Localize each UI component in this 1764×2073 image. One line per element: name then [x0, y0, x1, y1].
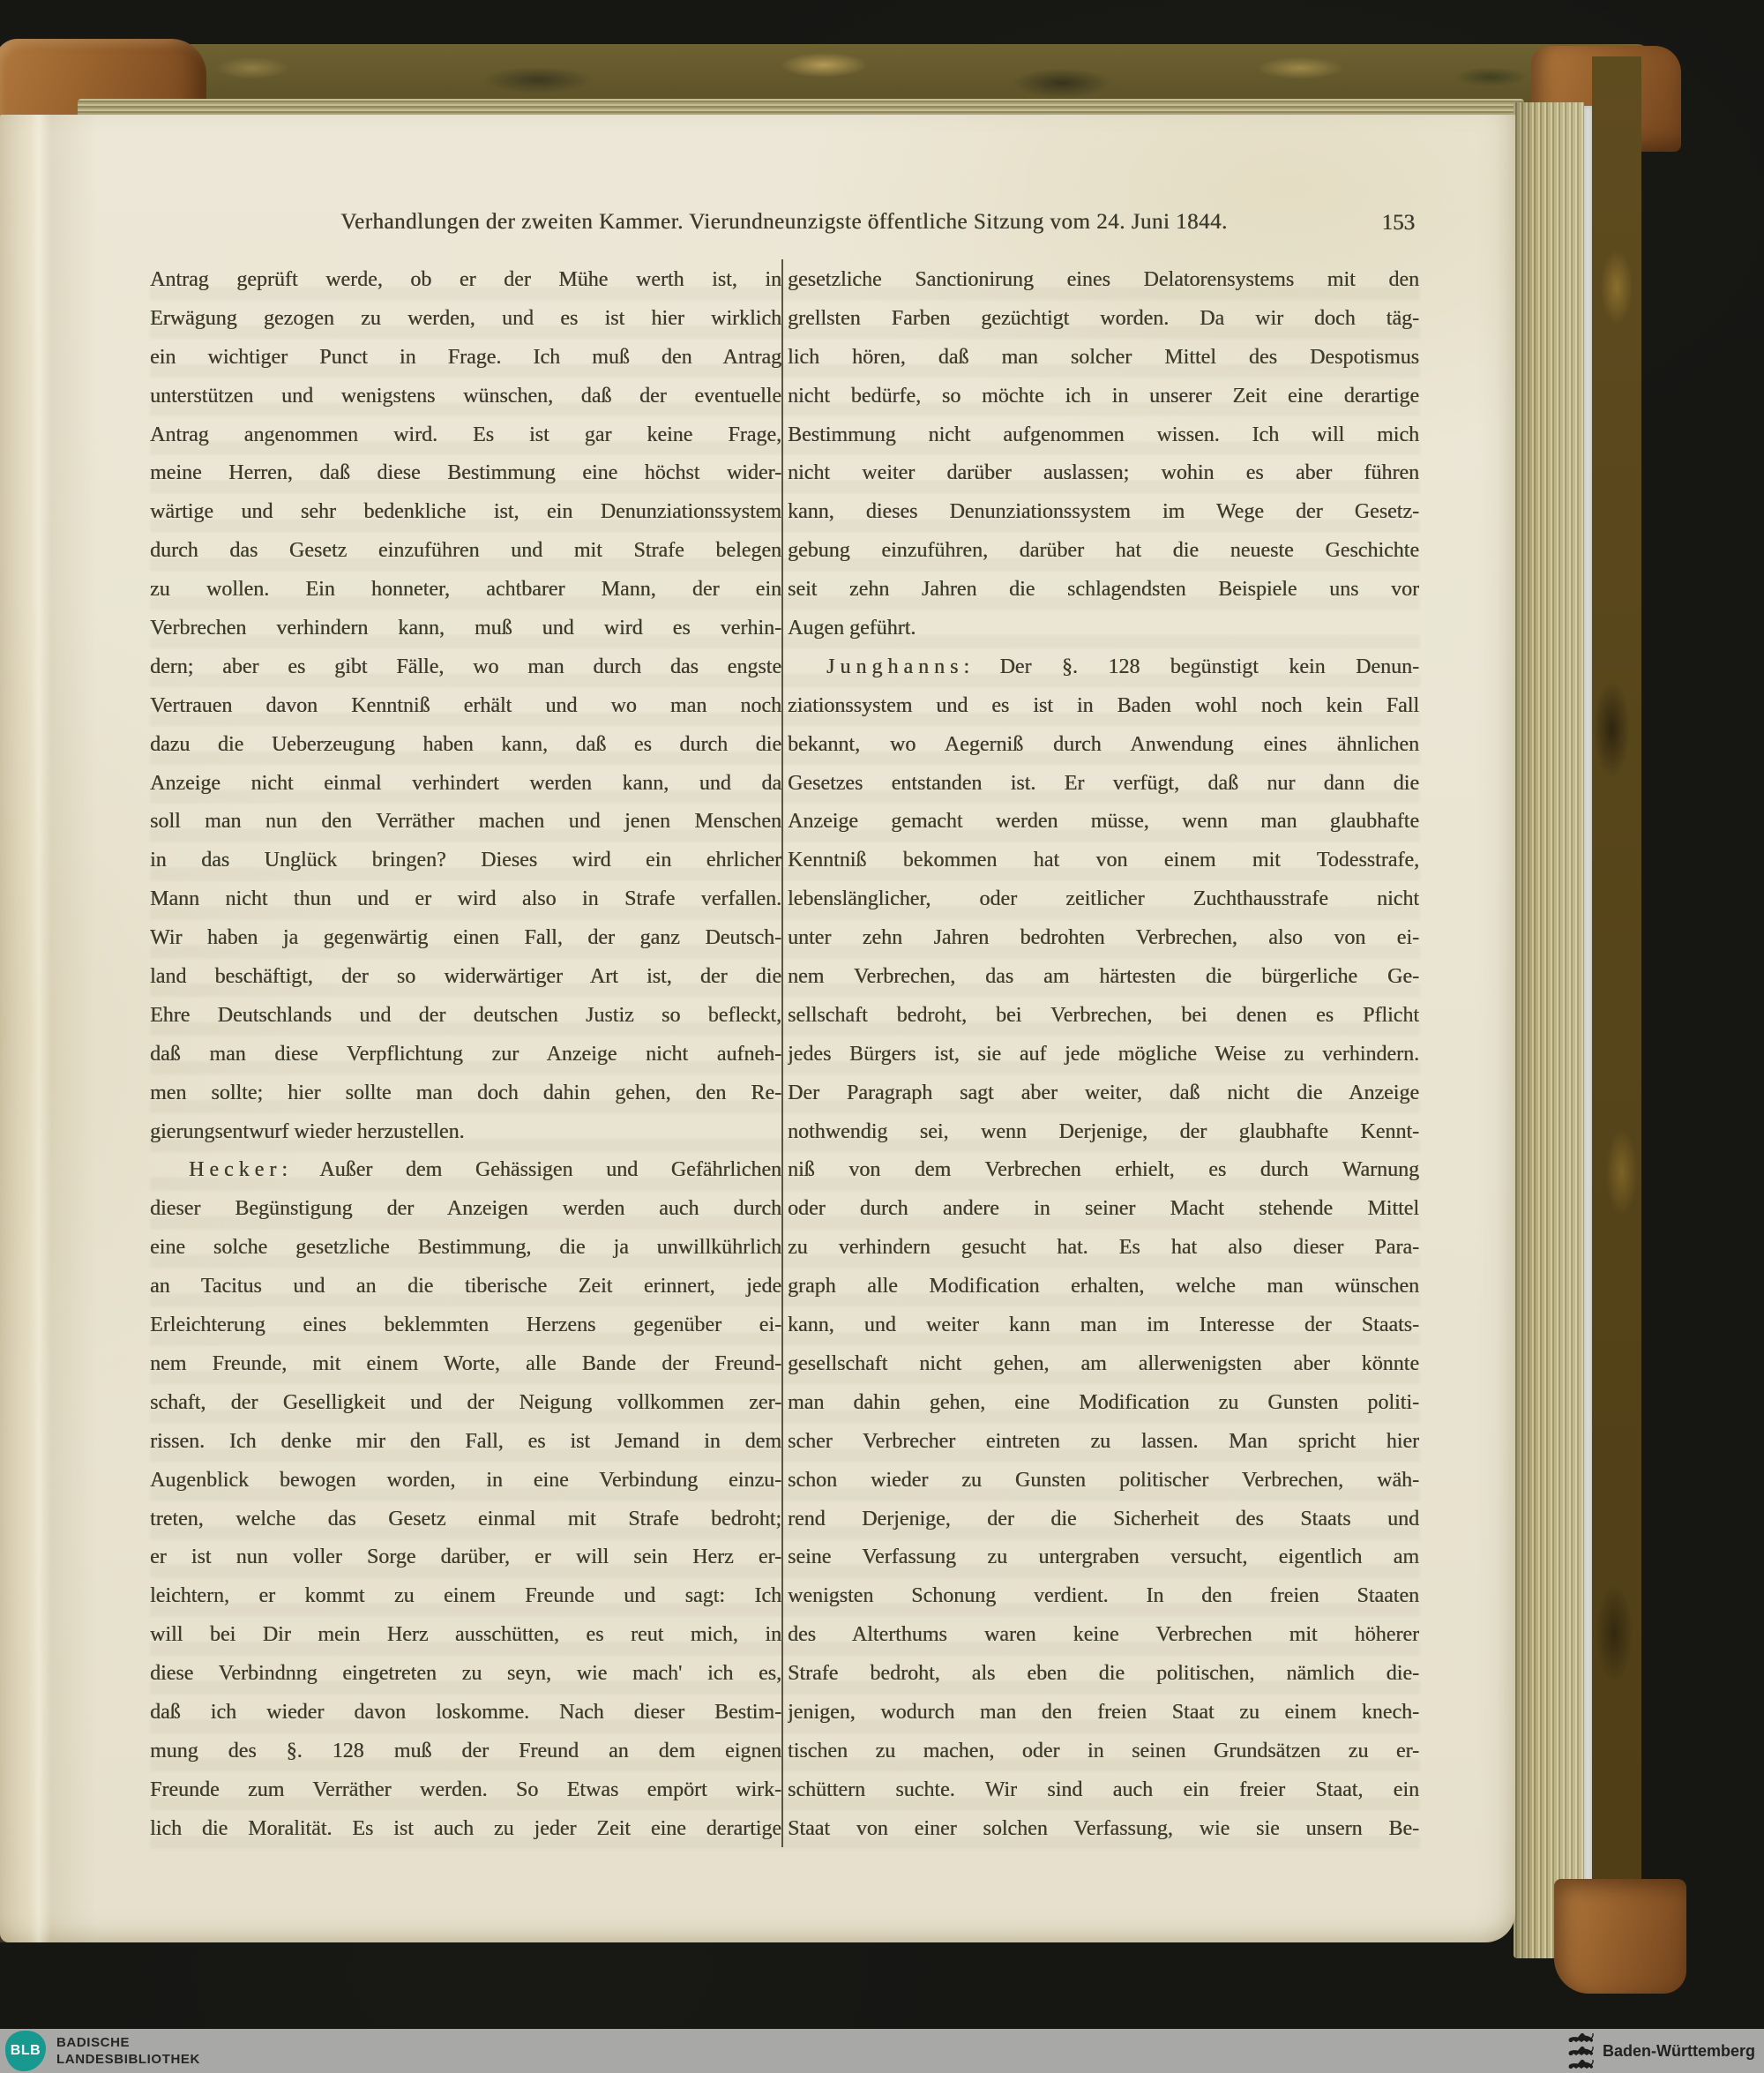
text-line: schaft, der Geselligkeit und der Neigung…	[150, 1384, 781, 1423]
library-name: BADISCHE LANDESBIBLIOTHEK	[56, 2034, 200, 2068]
text-line: jenigen, wodurch man den freien Staat zu…	[788, 1694, 1419, 1732]
text-line: leichtern, er kommt zu einem Freunde und…	[150, 1577, 781, 1616]
text-line: mung des §. 128 muß der Freund an dem ei…	[150, 1732, 781, 1771]
text-line: sellschaft bedroht, bei Verbrechen, bei …	[788, 997, 1419, 1036]
text-line: meine Herren, daß diese Bestimmung eine …	[150, 454, 781, 493]
library-name-line2: LANDESBIBLIOTHEK	[56, 2051, 200, 2068]
text-line: nicht bedürfe, so möchte ich in unserer …	[788, 378, 1419, 416]
text-line: ein wichtiger Punct in Frage. Ich muß de…	[150, 339, 781, 378]
page-number: 153	[1382, 211, 1416, 236]
text-line: Kenntniß bekommen hat von einem mit Tode…	[788, 842, 1419, 880]
state-name: Baden-Württemberg	[1603, 2042, 1755, 2061]
library-name-line1: BADISCHE	[56, 2034, 200, 2051]
text-line: durch das Gesetz einzuführen und mit Str…	[150, 532, 781, 571]
text-column-left: Antrag geprüft werde, ob er der Mühe wer…	[150, 261, 781, 1851]
text-line: dieser Begünstigung der Anzeigen werden …	[150, 1190, 781, 1229]
text-line: diese Verbindnng eingetreten zu seyn, wi…	[150, 1655, 781, 1694]
text-line: Verbrechen verhindern kann, muß und wird…	[150, 610, 781, 648]
text-line: Anzeige gemacht werden müsse, wenn man g…	[788, 803, 1419, 842]
text-line: treten, welche das Gesetz einmal mit Str…	[150, 1500, 781, 1539]
text-line: gesellschaft nicht gehen, am allerwenigs…	[788, 1345, 1419, 1384]
text-line: nem Verbrechen, das am härtesten die bür…	[788, 958, 1419, 997]
running-title: Verhandlungen der zweiten Kammer. Vierun…	[150, 210, 1418, 235]
page-edges-fore-edge	[1514, 102, 1584, 1958]
text-line: Erwägung gezogen zu werden, und es ist h…	[150, 300, 781, 339]
text-line: will bei Dir mein Herz ausschütten, es r…	[150, 1616, 781, 1655]
text-line: soll man nun den Verräther machen und je…	[150, 803, 781, 842]
text-line: daß man diese Verpflichtung zur Anzeige …	[150, 1036, 781, 1074]
text-line: Hecker: Außer dem Gehässigen und Gefährl…	[150, 1151, 781, 1190]
text-line: Vertrauen davon Kenntniß erhält und wo m…	[150, 687, 781, 726]
text-line: eine solche gesetzliche Bestimmung, die …	[150, 1229, 781, 1268]
text-line: dern; aber es gibt Fälle, wo man durch d…	[150, 648, 781, 687]
marbled-cover-right-strip	[1592, 56, 1641, 1979]
text-line: lich die Moralität. Es ist auch zu jeder…	[150, 1810, 781, 1849]
text-line: er ist nun voller Sorge darüber, er will…	[150, 1538, 781, 1577]
text-line: bekannt, wo Aegerniß durch Anwendung ein…	[788, 726, 1419, 765]
text-line: tischen zu machen, oder in seinen Grunds…	[788, 1732, 1419, 1771]
text-line: kann, dieses Denunziationssystem im Wege…	[788, 493, 1419, 532]
text-line: Junghanns: Der §. 128 begünstigt kein De…	[788, 648, 1419, 687]
three-lions-coat-of-arms-icon	[1567, 2032, 1594, 2070]
text-line: scher Verbrecher eintreten zu lassen. Ma…	[788, 1423, 1419, 1462]
text-line: seine Verfassung zu untergraben versucht…	[788, 1538, 1419, 1577]
library-footer-bar	[0, 2029, 1764, 2073]
page-edge-sliver	[1584, 106, 1592, 1950]
speaker-name: Hecker	[189, 1158, 281, 1181]
speaker-name: Junghanns	[826, 655, 963, 678]
text-line: Ehre Deutschlands und der deutschen Just…	[150, 997, 781, 1036]
page-header: Verhandlungen der zweiten Kammer. Vierun…	[150, 210, 1418, 249]
text-line: daß ich wieder davon loskomme. Nach dies…	[150, 1694, 781, 1732]
text-line: lebenslänglicher, oder zeitlicher Zuchth…	[788, 880, 1419, 919]
text-line: men sollte; hier sollte man doch dahin g…	[150, 1074, 781, 1113]
text-column-right: gesetzliche Sanctionirung eines Delatore…	[788, 261, 1419, 1851]
text-line: an Tacitus und an die tiberische Zeit er…	[150, 1268, 781, 1306]
text-line: unter zehn Jahren bedrohten Verbrechen, …	[788, 919, 1419, 958]
text-line: niß von dem Verbrechen erhielt, es durch…	[788, 1151, 1419, 1190]
text-line: schon wieder zu Gunsten politischer Verb…	[788, 1462, 1419, 1500]
text-line: dazu die Ueberzeugung haben kann, daß es…	[150, 726, 781, 765]
text-line: wenigsten Schonung verdient. In den frei…	[788, 1577, 1419, 1616]
text-line: nem Freunde, mit einem Worte, alle Bande…	[150, 1345, 781, 1384]
text-line: in das Unglück bringen? Dieses wird ein …	[150, 842, 781, 880]
marbled-board-top-edge	[61, 44, 1649, 104]
text-line: nothwendig sei, wenn Derjenige, der glau…	[788, 1113, 1419, 1152]
text-line: Der Paragraph sagt aber weiter, daß nich…	[788, 1074, 1419, 1113]
text-line: Augenblick bewogen worden, in eine Verbi…	[150, 1462, 781, 1500]
text-line: seit zehn Jahren die schlagendsten Beisp…	[788, 571, 1419, 610]
text-line: Antrag angenommen wird. Es ist gar keine…	[150, 416, 781, 455]
text-line: land beschäftigt, der so widerwärtiger A…	[150, 958, 781, 997]
text-line: kann, und weiter kann man im Interesse d…	[788, 1306, 1419, 1345]
text-line: rissen. Ich denke mir den Fall, es ist J…	[150, 1423, 781, 1462]
text-line: rend Derjenige, der die Sicherheit des S…	[788, 1500, 1419, 1539]
text-line: zu wollen. Ein honneter, achtbarer Mann,…	[150, 571, 781, 610]
text-line: nicht weiter darüber auslassen; wohin es…	[788, 454, 1419, 493]
text-line: man dahin gehen, eine Modification zu Gu…	[788, 1384, 1419, 1423]
text-line: gierungsentwurf wieder herzustellen.	[150, 1113, 781, 1152]
text-line: Anzeige nicht einmal verhindert werden k…	[150, 765, 781, 804]
text-line: Antrag geprüft werde, ob er der Mühe wer…	[150, 261, 781, 300]
state-logo: Baden-Württemberg	[1567, 2031, 1755, 2071]
text-line: des Alterthums waren keine Verbrechen mi…	[788, 1616, 1419, 1655]
text-line: graph alle Modification erhalten, welche…	[788, 1268, 1419, 1306]
text-line: wärtige und sehr bedenkliche ist, ein De…	[150, 493, 781, 532]
text-line: unterstützen und wenigstens wünschen, da…	[150, 378, 781, 416]
leather-corner-bottom-right	[1554, 1879, 1686, 1994]
text-line: Augen geführt.	[788, 610, 1419, 648]
text-line: gebung einzuführen, darüber hat die neue…	[788, 532, 1419, 571]
text-line: Bestimmung nicht aufgenommen wissen. Ich…	[788, 416, 1419, 455]
text-line: schüttern suchte. Wir sind auch ein frei…	[788, 1771, 1419, 1810]
gutter-fold-shadow	[0, 115, 106, 1942]
text-line: Mann nicht thun und er wird also in Stra…	[150, 880, 781, 919]
text-line: Staat von einer solchen Verfassung, wie …	[788, 1810, 1419, 1849]
column-divider-rule	[781, 259, 783, 1847]
photo-backdrop: Verhandlungen der zweiten Kammer. Vierun…	[0, 0, 1764, 2073]
text-line: jedes Bürgers ist, sie auf jede mögliche…	[788, 1036, 1419, 1074]
text-line: ziationssystem und es ist in Baden wohl …	[788, 687, 1419, 726]
text-line: grellsten Farben gezüchtigt worden. Da w…	[788, 300, 1419, 339]
text-line: Gesetzes entstanden ist. Er verfügt, daß…	[788, 765, 1419, 804]
text-line: Strafe bedroht, als eben die politischen…	[788, 1655, 1419, 1694]
text-line: lich hören, daß man solcher Mittel des D…	[788, 339, 1419, 378]
text-line: Freunde zum Verräther werden. So Etwas e…	[150, 1771, 781, 1810]
text-line: oder durch andere in seiner Macht stehen…	[788, 1190, 1419, 1229]
text-line: zu verhindern gesucht hat. Es hat also d…	[788, 1229, 1419, 1268]
text-line: Erleichterung eines beklemmten Herzens g…	[150, 1306, 781, 1345]
text-line: Wir haben ja gegenwärtig einen Fall, der…	[150, 919, 781, 958]
text-line: gesetzliche Sanctionirung eines Delatore…	[788, 261, 1419, 300]
